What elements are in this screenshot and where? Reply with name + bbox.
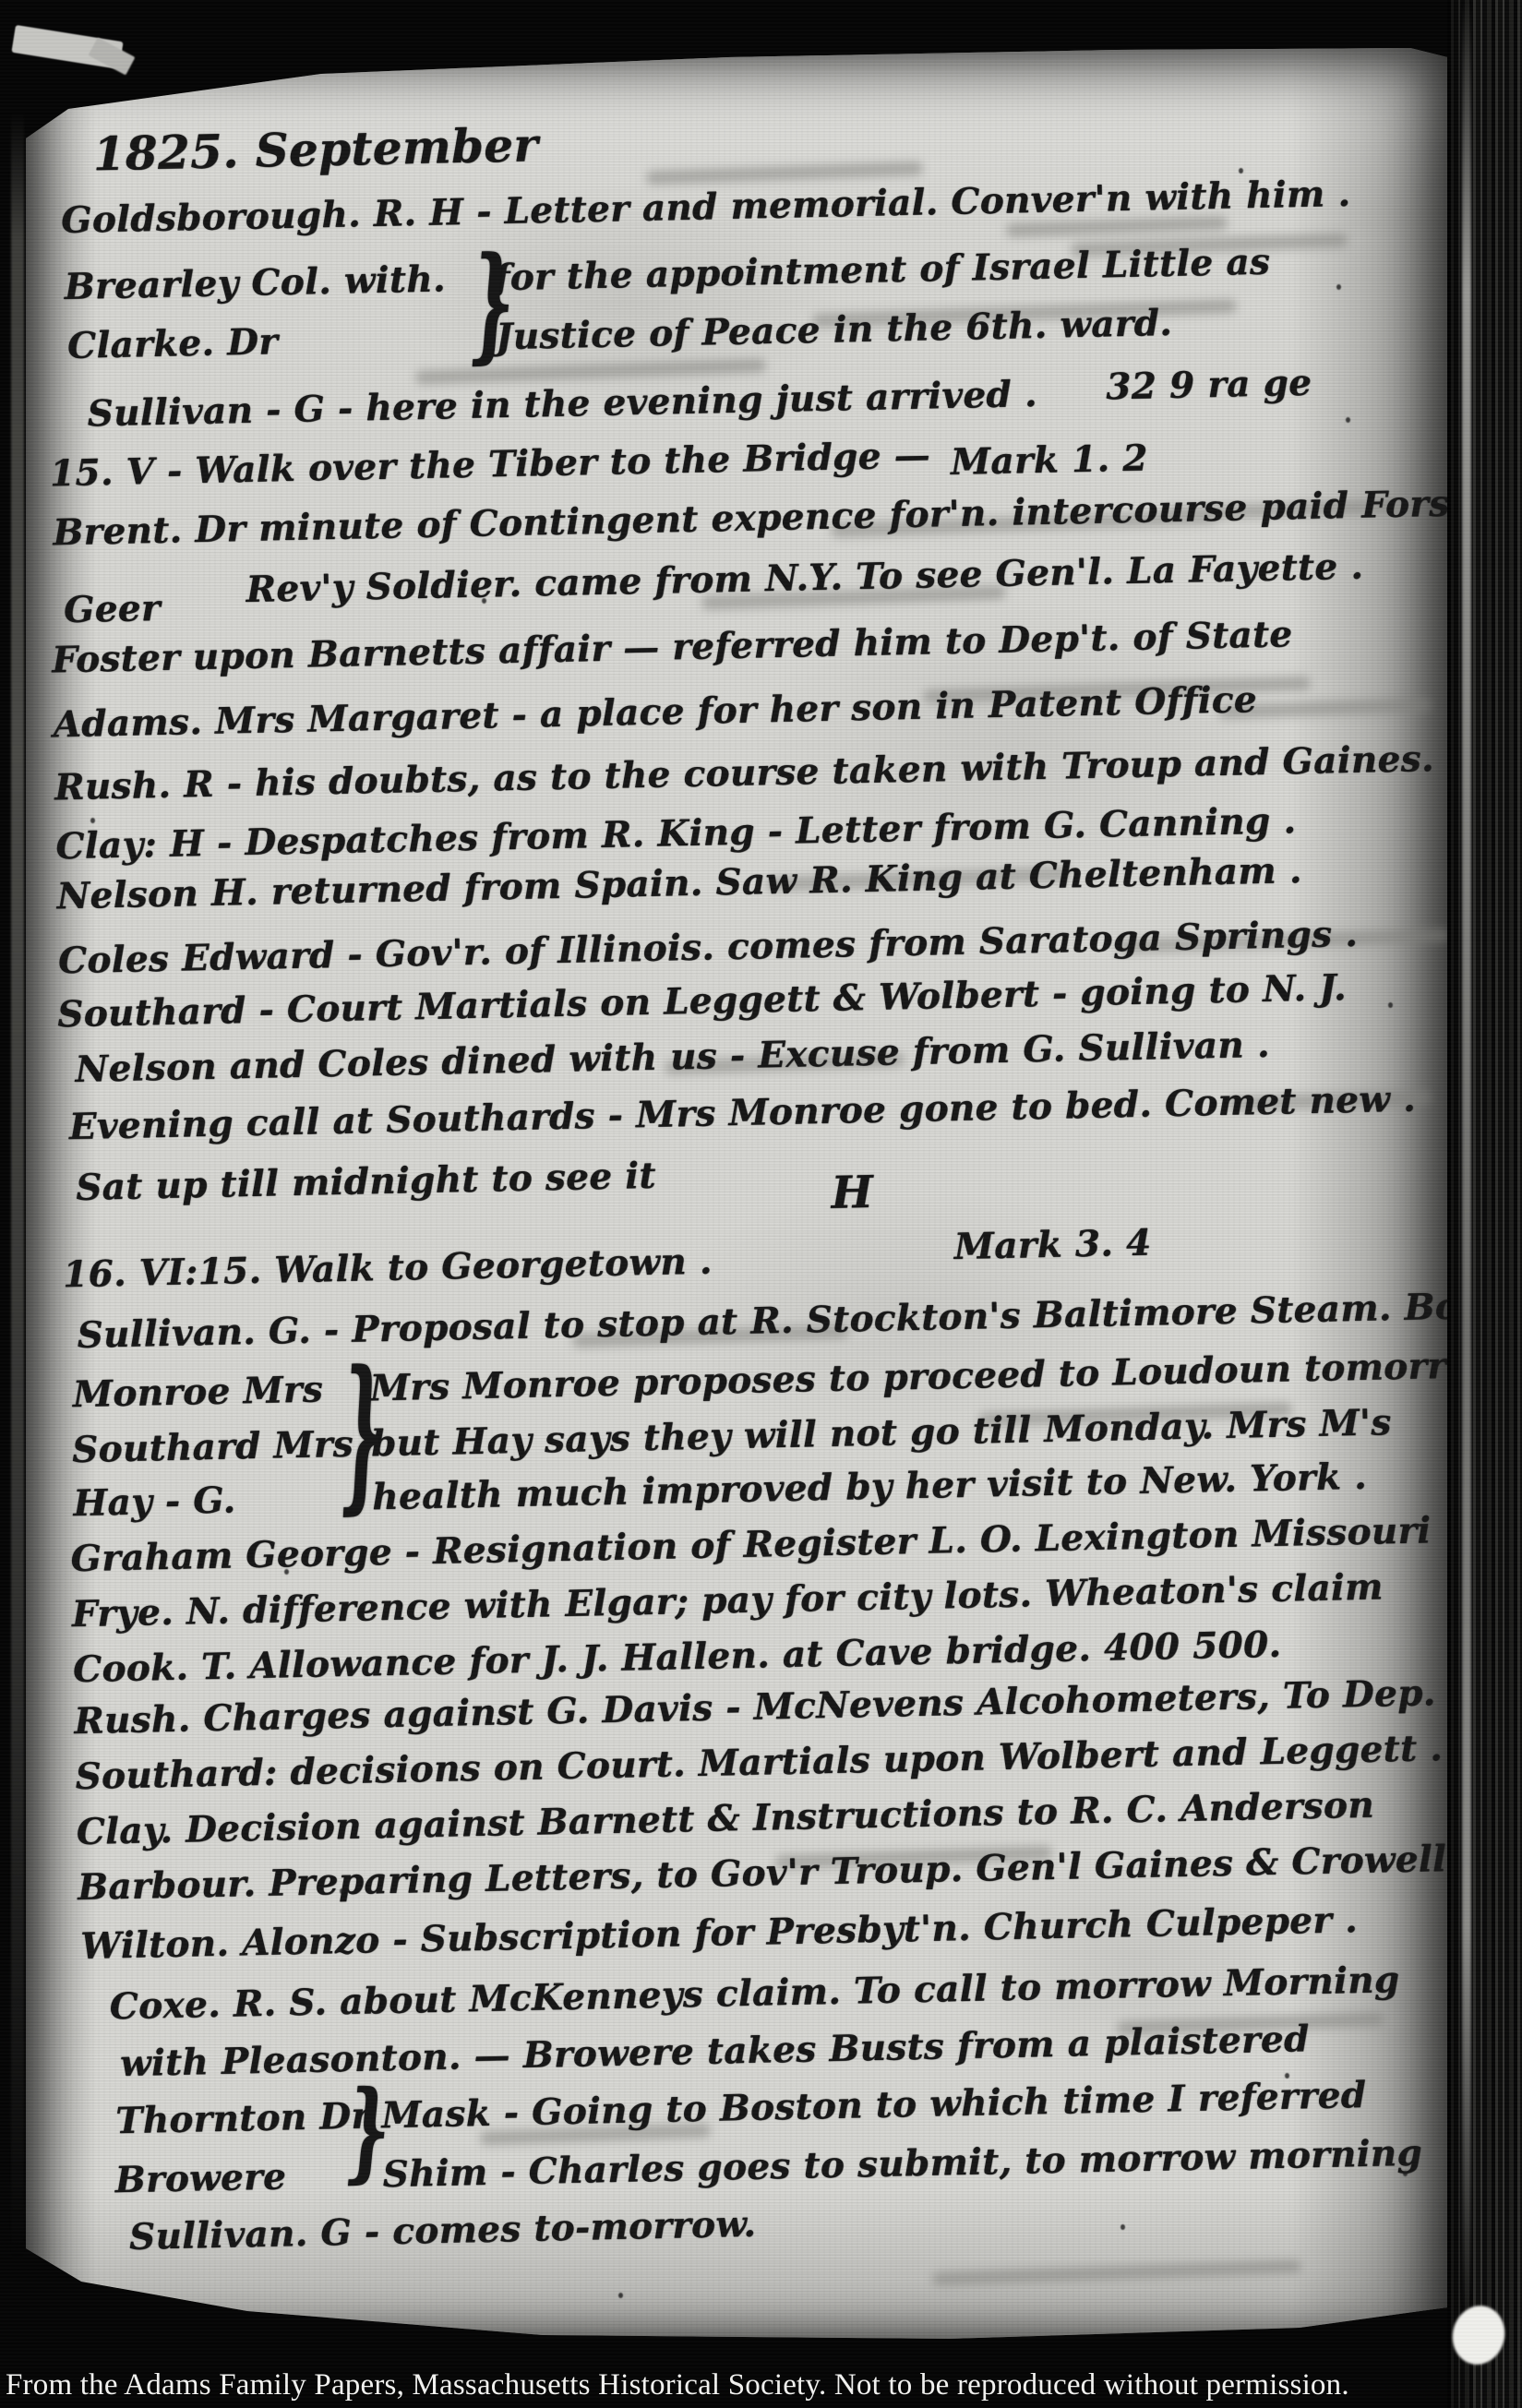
dust-speck	[1403, 2171, 1408, 2176]
manuscript-line-segment: 15. V - Walk over the Tiber to the Bridg…	[50, 434, 931, 495]
manuscript-line-segment: Hay - G.	[73, 1479, 236, 1525]
manuscript-line-segment: Shim - Charles goes to submit, to morrow…	[382, 2132, 1422, 2197]
dust-speck	[618, 2293, 623, 2298]
manuscript-line-segment: Nelson and Coles dined with us - Excuse …	[75, 1024, 1270, 1091]
dust-speck	[90, 818, 95, 823]
curly-brace-glyph: }	[345, 2076, 390, 2185]
manuscript-line-segment: health much improved by her visit to New…	[372, 1456, 1368, 1519]
manuscript-line-segment: Southard Mrs	[72, 1423, 354, 1471]
manuscript-line-segment: Mask - Going to Boston to which time I r…	[381, 2074, 1367, 2137]
marginal-annotation: H	[831, 1167, 874, 1219]
marginal-annotation: Mark 3. 4	[953, 1222, 1152, 1268]
manuscript-line-segment: Justice of Peace in the 6th. ward.	[496, 302, 1173, 358]
dust-speck	[1239, 168, 1243, 174]
marginal-annotation: Mark 1. 2	[950, 437, 1148, 483]
dust-speck	[340, 1888, 344, 1894]
curly-brace-glyph: }	[340, 1348, 386, 1515]
manuscript-line-segment: but Hay says they will not go till Monda…	[371, 1401, 1392, 1465]
manuscript-line-segment: Coxe. R. S. about McKenneys claim. To ca…	[109, 1959, 1400, 2028]
dust-speck	[482, 598, 486, 604]
handwriting-layer: 1825. SeptemberGoldsborough. R. H - Lett…	[24, 19, 1493, 2353]
credit-caption: From the Adams Family Papers, Massachuse…	[6, 2368, 1349, 2402]
scanned-diary-page: 1825. SeptemberGoldsborough. R. H - Lett…	[0, 0, 1522, 2408]
manuscript-line-segment: Brent. Dr minute of Contingent expence f…	[53, 481, 1515, 554]
manuscript-line-segment: Brearley Col. with.	[64, 258, 446, 308]
manuscript-line-segment: Browere	[114, 2155, 286, 2201]
dust-speck	[1285, 2073, 1289, 2079]
manuscript-line-segment: Monroe Mrs	[72, 1368, 323, 1416]
manuscript-line-segment: 16. VI:15. Walk to Georgetown .	[63, 1240, 713, 1297]
manuscript-line-segment: Thornton Dr	[115, 2095, 371, 2143]
manuscript-line-segment: with Pleasonton. — Browere takes Busts f…	[120, 2018, 1310, 2085]
manuscript-line-segment: Rev'y Soldier. came from N.Y. To see Gen…	[246, 545, 1363, 611]
manuscript-line-segment: Rush. R - his doubts, as to the course t…	[54, 737, 1435, 809]
book-gutter-page-edges	[1447, 0, 1522, 2408]
manuscript-line-segment: Sullivan - G - here in the evening just …	[87, 373, 1037, 436]
manuscript-line-segment: Goldsborough. R. H - Letter and memorial…	[61, 173, 1351, 242]
dust-speck	[284, 1569, 289, 1575]
manuscript-line-segment: Wilton. Alonzo - Subscription for Presby…	[80, 1899, 1358, 1968]
manuscript-line-segment: 1825. September	[92, 117, 538, 181]
left-page-edge	[11, 111, 24, 2261]
manuscript-line-segment: Sullivan. G. - Proposal to stop at R. St…	[77, 1284, 1522, 1357]
marginal-annotation: 32 9 ra ge	[1106, 362, 1312, 409]
dust-speck	[1336, 284, 1341, 290]
manuscript-line-segment: Evening call at Southards - Mrs Monroe g…	[68, 1078, 1416, 1149]
manuscript-page: 1825. SeptemberGoldsborough. R. H - Lett…	[26, 48, 1447, 2352]
manuscript-line-segment: Foster upon Barnetts affair — referred h…	[52, 613, 1293, 681]
dust-speck	[1121, 2224, 1125, 2230]
manuscript-line-segment: Mrs Monroe proposes to proceed to Loudou…	[369, 1343, 1522, 1409]
manuscript-line-segment: Sullivan. G - comes to-morrow.	[129, 2203, 757, 2258]
manuscript-line-segment: Sat up till midnight to see it	[76, 1155, 656, 1209]
curly-brace-glyph: }	[470, 240, 515, 365]
dust-speck	[1388, 1002, 1393, 1008]
dust-speck	[1346, 417, 1350, 423]
manuscript-line-segment: Clarke. Dr	[67, 320, 279, 367]
manuscript-line-segment: for the appointment of Israel Little as	[494, 241, 1270, 300]
manuscript-line-segment: Geer	[64, 587, 162, 631]
manuscript-line-segment: Adams. Mrs Margaret - a place for her so…	[53, 678, 1257, 746]
